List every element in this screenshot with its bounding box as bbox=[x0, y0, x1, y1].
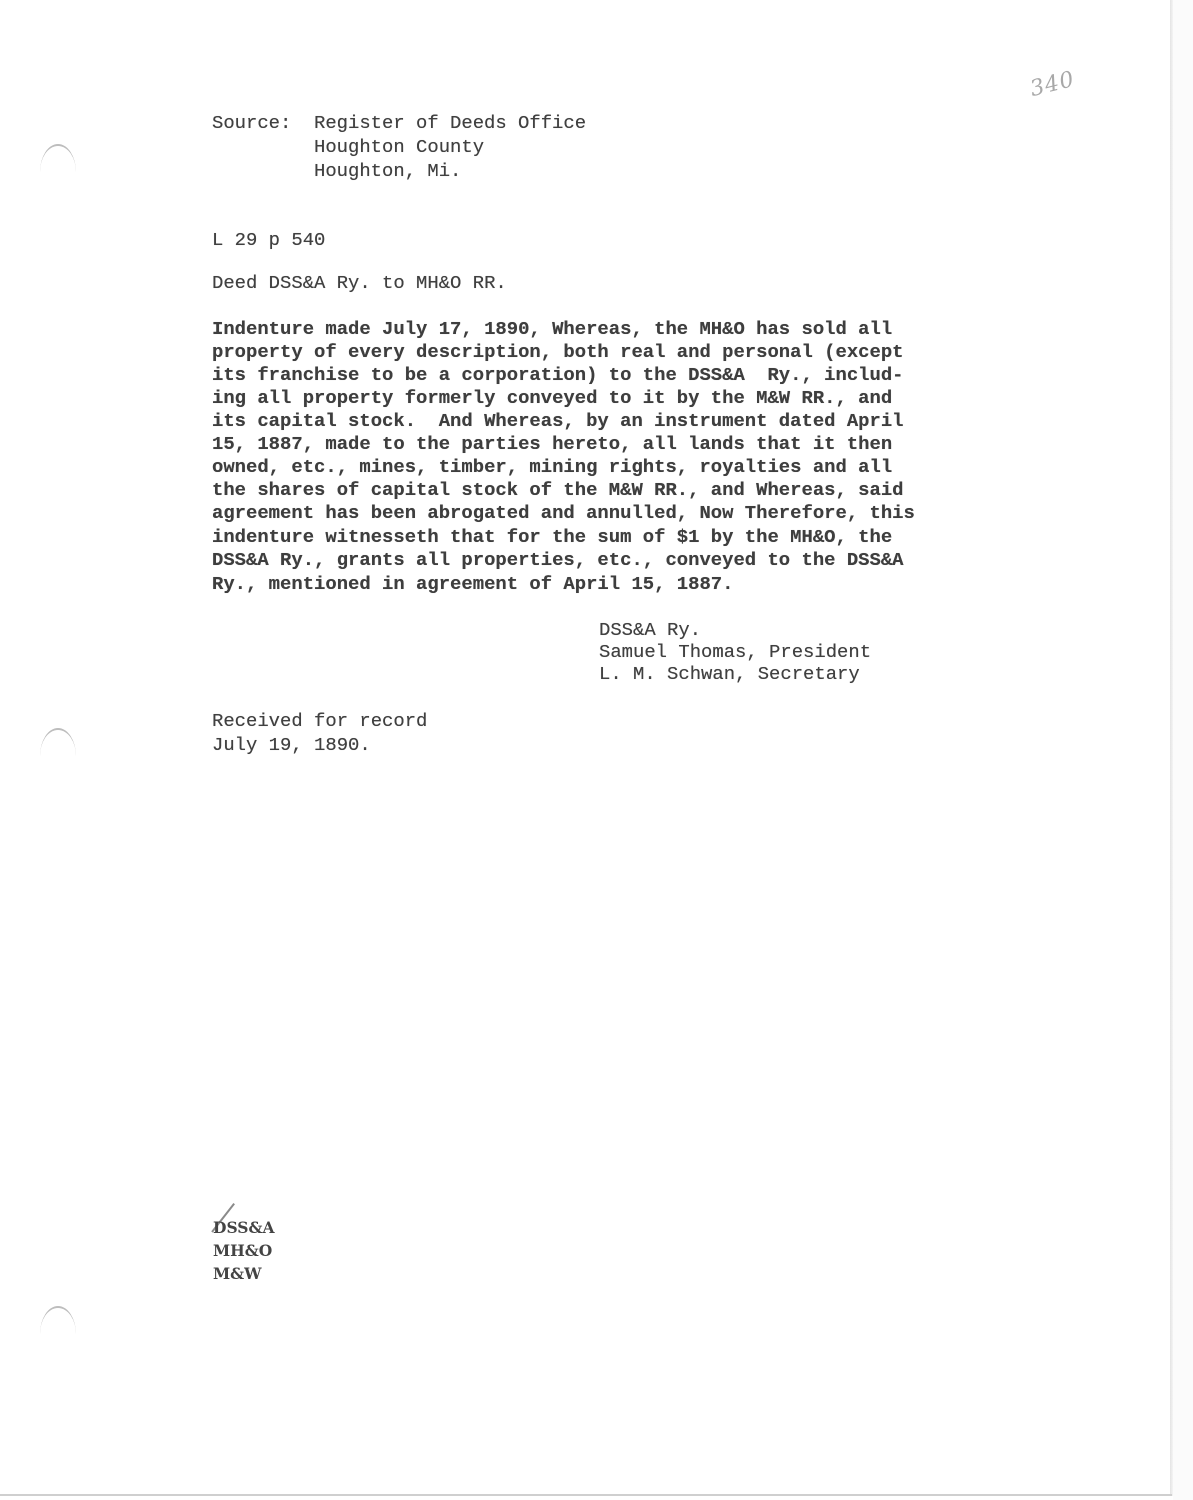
index-stamp: DSS&A bbox=[213, 1217, 275, 1239]
page-edge-bottom bbox=[0, 1494, 1172, 1496]
source-line: Houghton, Mi. bbox=[314, 160, 461, 182]
document-title: Deed DSS&A Ry. to MH&O RR. bbox=[212, 272, 507, 294]
signature-line: DSS&A Ry. bbox=[599, 619, 701, 641]
hole-punch-mark bbox=[40, 728, 76, 756]
body-line: ing all property formerly conveyed to it… bbox=[212, 387, 892, 409]
received-label: Received for record bbox=[212, 710, 427, 732]
body-line: Ry., mentioned in agreement of April 15,… bbox=[212, 573, 733, 595]
received-date: July 19, 1890. bbox=[212, 734, 371, 756]
body-line: its capital stock. And Whereas, by an in… bbox=[212, 410, 904, 432]
body-line: 15, 1887, made to the parties hereto, al… bbox=[212, 433, 892, 455]
source-label: Source: bbox=[212, 112, 291, 134]
index-stamp: MH&O bbox=[213, 1240, 272, 1262]
body-line: Indenture made July 17, 1890, Whereas, t… bbox=[212, 318, 892, 340]
hole-punch-mark bbox=[40, 144, 76, 172]
handwritten-page-number: 340 bbox=[1028, 67, 1078, 102]
page-edge-right bbox=[1170, 0, 1173, 1496]
scan-background-edge bbox=[1173, 0, 1193, 1500]
hole-punch-mark bbox=[40, 1306, 76, 1334]
body-line: the shares of capital stock of the M&W R… bbox=[212, 479, 904, 501]
body-line: its franchise to be a corporation) to th… bbox=[212, 364, 904, 386]
body-line: indenture witnesseth that for the sum of… bbox=[212, 526, 892, 548]
book-page-reference: L 29 p 540 bbox=[212, 229, 325, 251]
signature-line: L. M. Schwan, Secretary bbox=[599, 663, 860, 685]
source-line: Register of Deeds Office bbox=[314, 112, 586, 134]
body-line: property of every description, both real… bbox=[212, 341, 904, 363]
body-line: agreement has been abrogated and annulle… bbox=[212, 502, 915, 524]
body-line: owned, etc., mines, timber, mining right… bbox=[212, 456, 892, 478]
body-line: DSS&A Ry., grants all properties, etc., … bbox=[212, 549, 904, 571]
source-line: Houghton County bbox=[314, 136, 484, 158]
signature-line: Samuel Thomas, President bbox=[599, 641, 871, 663]
index-stamp: M&W bbox=[213, 1263, 262, 1285]
